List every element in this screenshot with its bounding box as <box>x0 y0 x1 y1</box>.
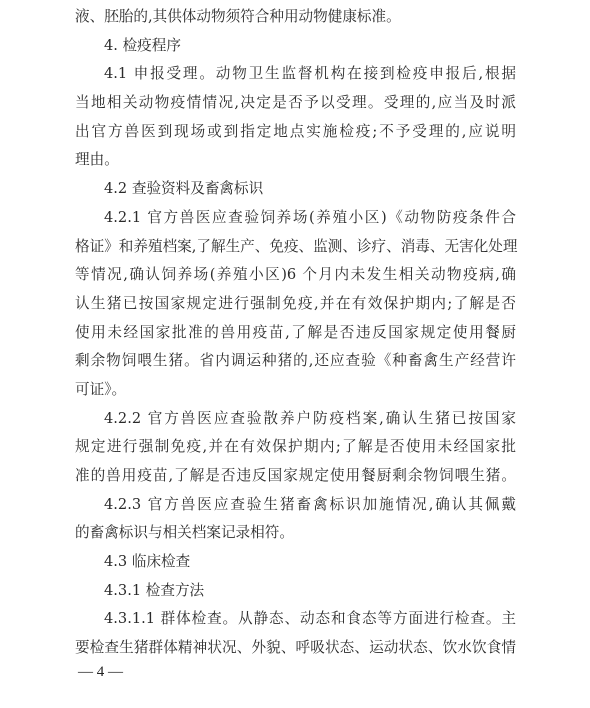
text-line: 要检查生猪群体精神状况、外貌、呼吸状态、运动状态、饮水饮食情 <box>75 634 516 663</box>
page-number: — 4 — <box>78 664 123 681</box>
text-line: 4.2.3 官方兽医应查验生猪畜禽标识加施情况,确认其佩戴 <box>75 491 516 520</box>
text-line: 格证》和养殖档案,了解生产、免疫、监测、诊疗、消毒、无害化处理 <box>75 233 516 262</box>
text-line: 理由。 <box>75 146 516 175</box>
text-line: 认生猪已按国家规定进行强制免疫,并在有效保护期内;了解是否 <box>75 290 516 319</box>
text-line: 液、胚胎的,其供体动物须符合种用动物健康标准。 <box>75 3 516 32</box>
text-line: 规定进行强制免疫,并在有效保护期内;了解是否使用未经国家批 <box>75 433 516 462</box>
text-line: 等情况,确认饲养场(养殖小区)6 个月内未发生相关动物疫病,确 <box>75 261 516 290</box>
text-line: 4.1 申报受理。动物卫生监督机构在接到检疫申报后,根据 <box>75 60 516 89</box>
text-line: 准的兽用疫苗,了解是否违反国家规定使用餐厨剩余物饲喂生猪。 <box>75 462 516 491</box>
text-line: 4.2.1 官方兽医应查验饲养场(养殖小区)《动物防疫条件合 <box>75 204 516 233</box>
text-line: 可证》。 <box>75 376 516 405</box>
section-heading: 4.3.1 检查方法 <box>75 577 516 606</box>
text-line: 使用未经国家批准的兽用疫苗,了解是否违反国家规定使用餐厨 <box>75 319 516 348</box>
section-heading: 4.2 查验资料及畜禽标识 <box>75 175 516 204</box>
text-line: 出官方兽医到现场或到指定地点实施检疫;不予受理的,应说明 <box>75 118 516 147</box>
text-line: 4.2.2 官方兽医应查验散养户防疫档案,确认生猪已按国家 <box>75 405 516 434</box>
document-body: 液、胚胎的,其供体动物须符合种用动物健康标准。 4. 检疫程序 4.1 申报受理… <box>75 3 516 663</box>
text-line: 4.3.1.1 群体检查。从静态、动态和食态等方面进行检查。主 <box>75 605 516 634</box>
text-line: 当地相关动物疫情情况,决定是否予以受理。受理的,应当及时派 <box>75 89 516 118</box>
text-line: 剩余物饲喂生猪。省内调运种猪的,还应查验《种畜禽生产经营许 <box>75 347 516 376</box>
section-heading: 4. 检疫程序 <box>75 32 516 61</box>
section-heading: 4.3 临床检查 <box>75 548 516 577</box>
text-line: 的畜禽标识与相关档案记录相符。 <box>75 519 516 548</box>
